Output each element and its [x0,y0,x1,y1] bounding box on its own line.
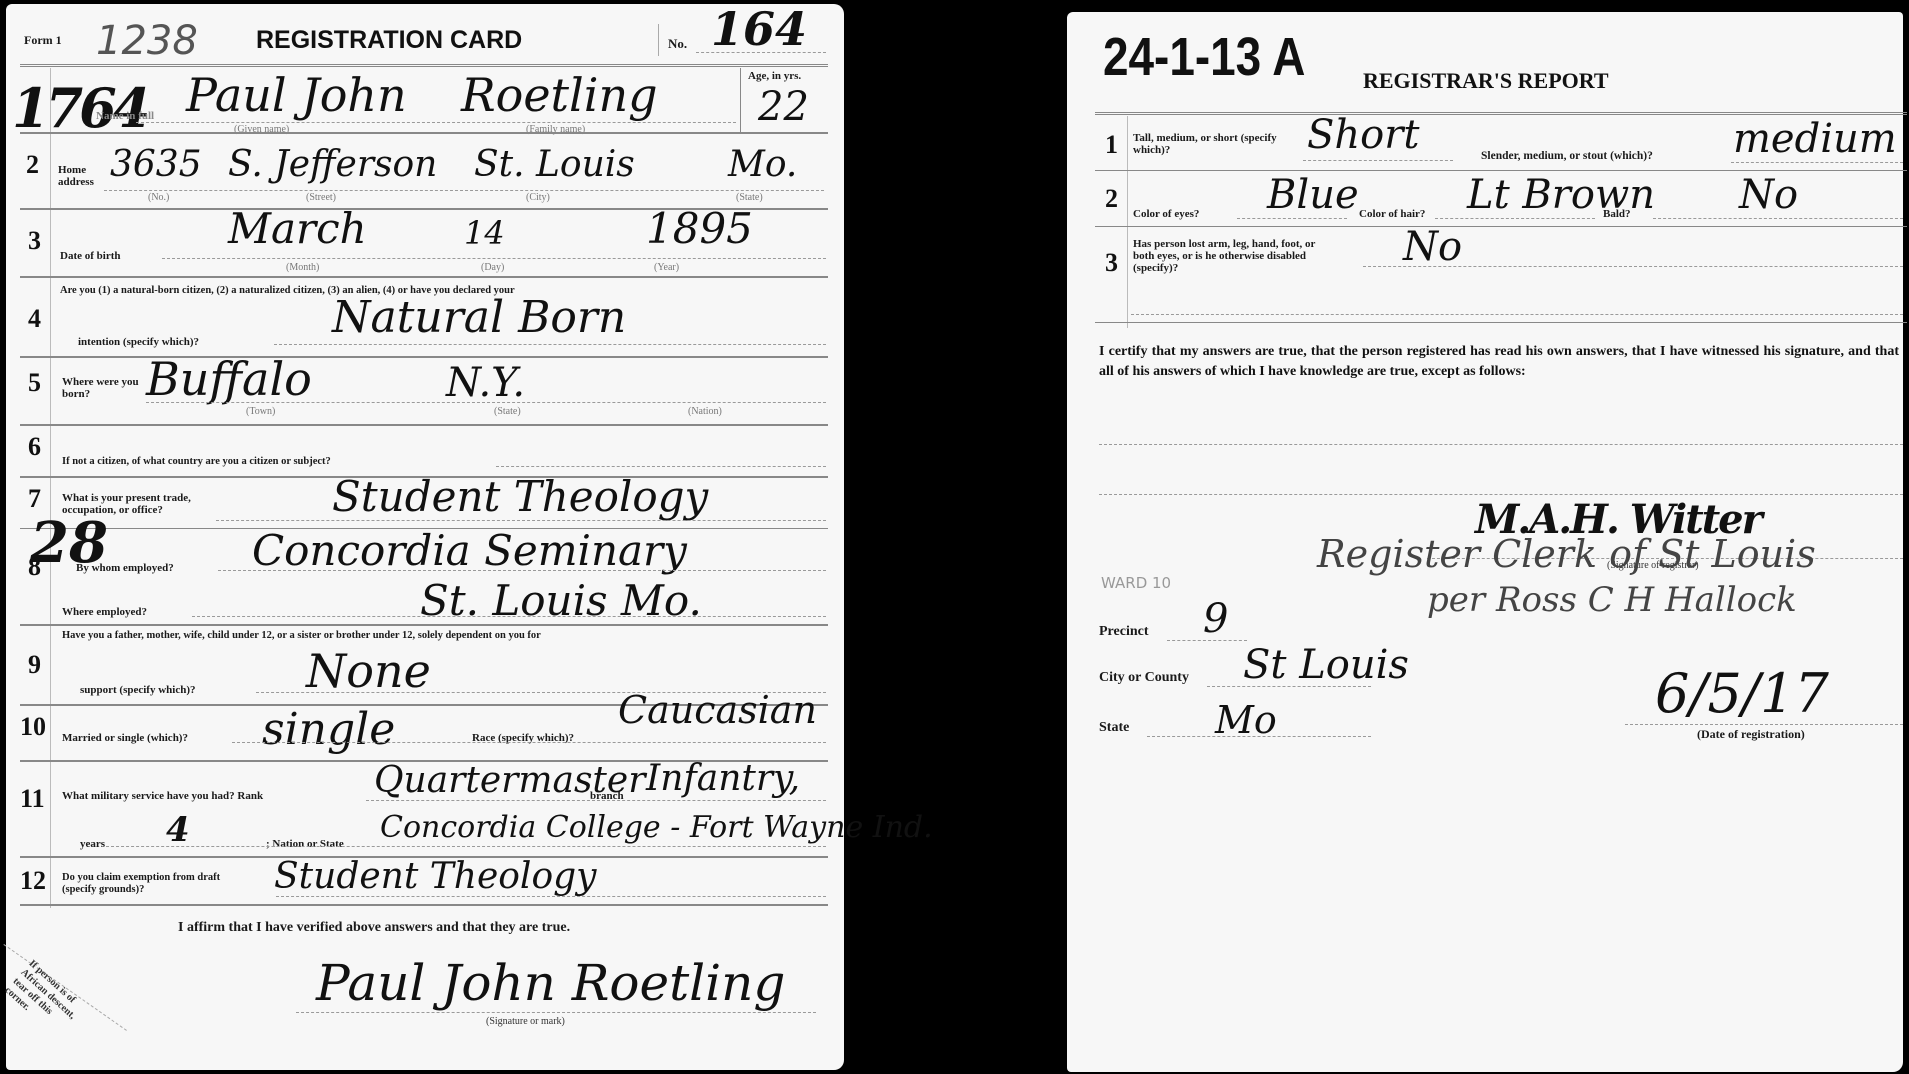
city: St. Louis [474,144,635,185]
marital-label: Married or single (which)? [62,732,188,744]
build-value: medium [1733,116,1897,162]
dependents-value: None [306,644,431,698]
report-title: REGISTRAR'S REPORT [1363,68,1609,94]
years-value: 4 [166,810,190,850]
exemption-label: Do you claim exemption from draft (speci… [62,872,232,896]
certification-text: I certify that my answers are true, that… [1099,342,1899,382]
birth-year: 1895 [646,204,753,253]
height-value: Short [1307,112,1419,158]
row1-label: Name in full [96,110,154,122]
date-caption: (Date of registration) [1697,728,1805,740]
registrant-signature: Paul John Roetling [316,954,785,1012]
state-label: State [1099,722,1129,734]
exemption-value: Student Theology [274,856,597,897]
birth-state: N.Y. [446,360,525,406]
house-number: 3635 [110,144,202,185]
number-label: No. [668,38,687,50]
precinct-label: Precinct [1099,626,1149,638]
divider [658,24,659,56]
signature-caption: (Signature or mark) [486,1016,565,1027]
hair-color-label: Color of hair? [1359,208,1425,220]
given-name: Paul John [186,68,407,122]
eye-color-value: Blue [1267,172,1359,218]
branch-value: Infantry, [646,758,800,799]
birth-month: March [228,204,367,253]
side-number-top: 1764 [12,76,146,140]
eye-color-label: Color of eyes? [1133,208,1199,220]
nation-value: Concordia College - Fort Wayne Ind. [380,810,933,845]
height-label: Tall, medium, or short (specify which)? [1133,132,1283,156]
foreign-citizen-label: If not a citizen, of what country are yo… [62,456,331,468]
years-label: years [80,838,105,850]
report-code: 24-1-13 A [1103,26,1305,88]
state: Mo. [728,144,797,185]
street: S. Jefferson [228,144,437,185]
ward-stamp: WARD 10 [1101,574,1171,592]
citizenship-value: Natural Born [332,292,626,343]
registrar-note-line1: Register Clerk of St Louis [1317,532,1816,576]
precinct-value: 9 [1203,596,1228,642]
card-title: REGISTRATION CARD [256,26,522,55]
citizenship-label: intention (specify which)? [78,336,199,348]
race-value: Caucasian [618,688,817,732]
dob-label: Date of birth [60,250,121,262]
birth-town: Buffalo [146,352,312,406]
registrar-note-line2: per Ross C H Hallock [1427,580,1797,620]
employment-place-value: St. Louis Mo. [420,576,702,625]
marital-value: single [262,704,395,755]
pencil-number: 1238 [96,18,198,64]
build-label: Slender, medium, or stout (which)? [1481,150,1653,162]
military-label: What military service have you had? Rank [62,790,263,802]
occupation-value: Student Theology [332,472,708,521]
age-value: 22 [758,84,809,130]
employer-value: Concordia Seminary [252,526,687,575]
employment-place-label: Where employed? [62,606,147,618]
registration-card: Form 1 1238 REGISTRATION CARD No. 164 17… [6,4,844,1070]
serial-number: 164 [711,2,807,56]
employer-label: By whom employed? [76,562,174,574]
bald-value: No [1739,172,1798,218]
dependents-label: support (specify which)? [80,684,196,696]
bald-label: Bald? [1603,208,1631,220]
disability-label: Has person lost arm, leg, hand, foot, or… [1133,238,1333,274]
disability-value: No [1403,224,1462,270]
registration-date: 6/5/17 [1655,662,1829,725]
birth-day: 14 [464,214,505,252]
registrars-report-card: 24-1-13 A REGISTRAR'S REPORT 1 Tall, med… [1067,12,1903,1072]
birthplace-label: Where were you born? [62,376,142,400]
city-label: City or County [1099,672,1189,684]
form-label: Form 1 [24,34,62,46]
family-name: Roetling [461,68,658,122]
city-value: St Louis [1243,642,1409,688]
affirmation-text: I affirm that I have verified above answ… [178,922,570,934]
age-label: Age, in yrs. [748,70,801,82]
tear-off-corner: If person is of African descent, tear of… [14,934,174,1064]
home-address-label: Home address [58,164,98,188]
dependents-question: Have you a father, mother, wife, child u… [62,630,541,642]
nation-label: ; Nation or State [266,838,344,850]
header-rule [20,64,828,67]
